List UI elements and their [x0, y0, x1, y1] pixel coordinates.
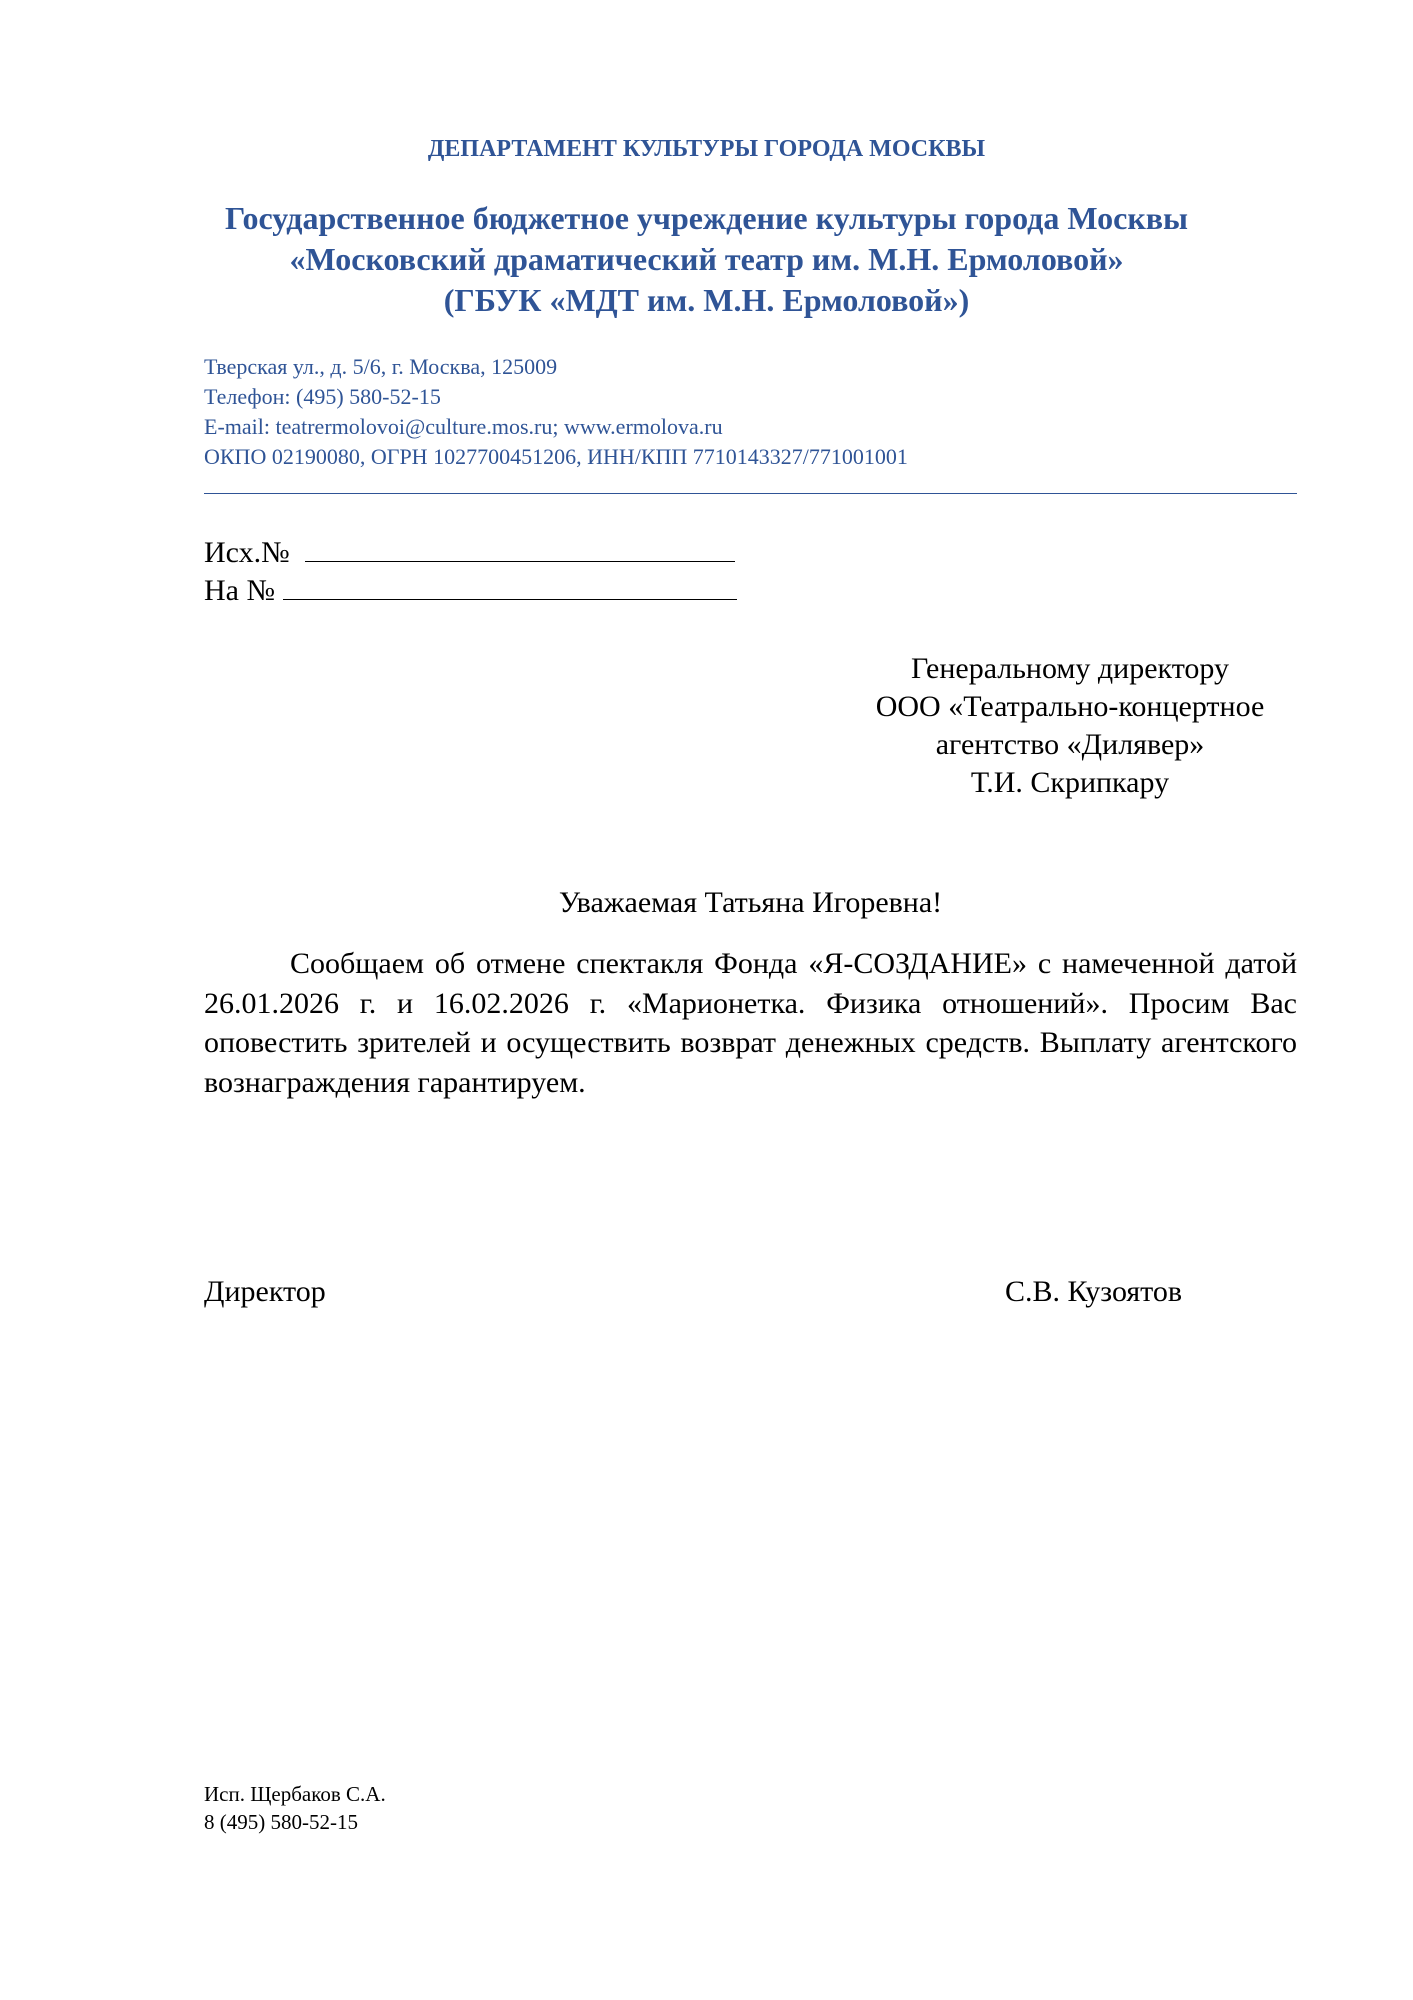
body-paragraph: Сообщаем об отмене спектакля Фонда «Я-СО… — [204, 944, 1297, 1102]
executor-block: Исп. Щербаков С.А. 8 (495) 580-52-15 — [204, 1780, 386, 1836]
department-title: ДЕПАРТАМЕНТ КУЛЬТУРЫ ГОРОДА МОСКВЫ — [0, 136, 1413, 163]
letter-body: Сообщаем об отмене спектакля Фонда «Я-СО… — [204, 944, 1297, 1102]
addressee-line: агентство «Дилявер» — [820, 726, 1320, 764]
header-divider — [204, 493, 1297, 494]
outgoing-number-row: Исх.№ — [204, 534, 737, 572]
org-name-line: «Московский драматический театр им. М.Н.… — [0, 239, 1413, 280]
org-name-line: Государственное бюджетное учреждение кул… — [0, 198, 1413, 239]
signatory-title: Директор — [204, 1275, 326, 1309]
greeting: Уважаемая Татьяна Игоревна! — [204, 884, 1297, 922]
incoming-number-label: На № — [204, 574, 275, 607]
addressee-line: ООО «Театрально-концертное — [820, 688, 1320, 726]
organization-name: Государственное бюджетное учреждение кул… — [0, 198, 1413, 321]
registration-codes: ОКПО 02190080, ОГРН 1027700451206, ИНН/К… — [204, 442, 908, 472]
phone: Телефон: (495) 580-52-15 — [204, 382, 908, 412]
contact-block: Тверская ул., д. 5/6, г. Москва, 125009 … — [204, 352, 908, 472]
address: Тверская ул., д. 5/6, г. Москва, 125009 — [204, 352, 908, 382]
addressee-line: Генеральному директору — [820, 650, 1320, 688]
reference-numbers: Исх.№ На № — [204, 534, 737, 610]
email-website: E-mail: teatrermolovoi@culture.mos.ru; w… — [204, 412, 908, 442]
addressee-block: Генеральному директору ООО «Театрально-к… — [820, 650, 1320, 802]
incoming-number-blank — [283, 573, 737, 600]
executor-phone: 8 (495) 580-52-15 — [204, 1808, 386, 1836]
incoming-number-row: На № — [204, 572, 737, 610]
org-short-name: (ГБУК «МДТ им. М.Н. Ермоловой») — [0, 280, 1413, 321]
outgoing-number-label: Исх.№ — [204, 536, 290, 569]
signatory-name: С.В. Кузоятов — [1005, 1275, 1182, 1309]
addressee-name: Т.И. Скрипкару — [820, 764, 1320, 802]
outgoing-number-blank — [305, 535, 735, 562]
executor-name: Исп. Щербаков С.А. — [204, 1780, 386, 1808]
